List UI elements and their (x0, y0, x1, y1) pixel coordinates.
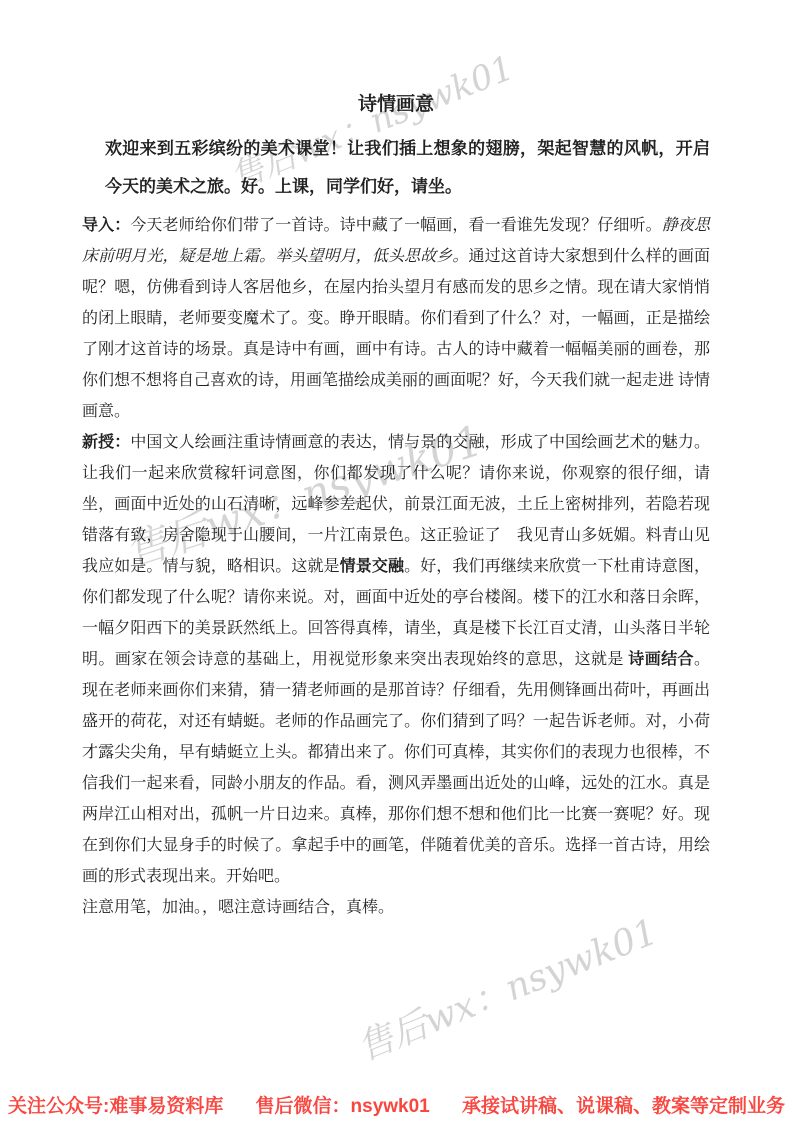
closing-paragraph: 注意用笔，加油。，嗯注意诗画结合，真棒。 (82, 892, 710, 923)
footer-services: 承接试讲稿、说课稿、教案等定制业务 (462, 1091, 785, 1118)
document-page: 售后wx：nsywk01 售后wx：nsywk01 售后wx：nsywk01 诗… (0, 0, 793, 1122)
body-paragraph: 新授：中国文人绘画注重诗情画意的表达，情与景的交融，形成了中国绘画艺术的魅力。让… (82, 427, 710, 892)
body-text: 今天老师给你们带了一首诗。诗中藏了一幅画，看一看谁先发现？仔细听。 (130, 217, 661, 234)
body-text: 中国文人绘画注重诗情画意的表达，情与景的交融，形成了中国绘画艺术的魅力。让我们一… (82, 434, 710, 575)
intro-paragraph: 欢迎来到五彩缤纷的美术课堂！让我们插上想象的翅膀，架起智慧的风帆，开启今天的美术… (105, 130, 710, 206)
document-title: 诗情画意 (82, 92, 710, 118)
paragraph-label: 导入： (82, 217, 130, 234)
body-text: 通过这首诗大家想到什么样的画面呢？嗯，仿佛看到诗人客居他乡，在屋内抬头望月有感而… (82, 248, 710, 420)
document-content: 诗情画意 欢迎来到五彩缤纷的美术课堂！让我们插上想象的翅膀，架起智慧的风帆，开启… (0, 0, 793, 923)
emphasis-text: 情景交融 (340, 558, 404, 575)
emphasis-text: 诗画结合 (628, 651, 694, 668)
watermark-bottom: 售后wx：nsywk01 (349, 904, 664, 1071)
footer-public-account: 关注公众号:难事易资料库 (8, 1091, 223, 1118)
body-paragraph: 导入：今天老师给你们带了一首诗。诗中藏了一幅画，看一看谁先发现？仔细听。静夜思 … (82, 210, 710, 427)
footer-wechat: 售后微信：nsywk01 (256, 1091, 430, 1118)
footer-banner: 关注公众号:难事易资料库 售后微信：nsywk01 承接试讲稿、说课稿、教案等定… (8, 1091, 785, 1118)
document-body: 导入：今天老师给你们带了一首诗。诗中藏了一幅画，看一看谁先发现？仔细听。静夜思 … (82, 210, 710, 923)
body-text: 。现在老师来画你们来猜，猜一猜老师画的是那首诗？仔细看，先用侧锋画出荷叶，再画出… (82, 651, 710, 885)
paragraph-label: 新授： (82, 434, 130, 451)
body-text: 注意用笔，加油。，嗯注意诗画结合，真棒。 (82, 899, 394, 916)
